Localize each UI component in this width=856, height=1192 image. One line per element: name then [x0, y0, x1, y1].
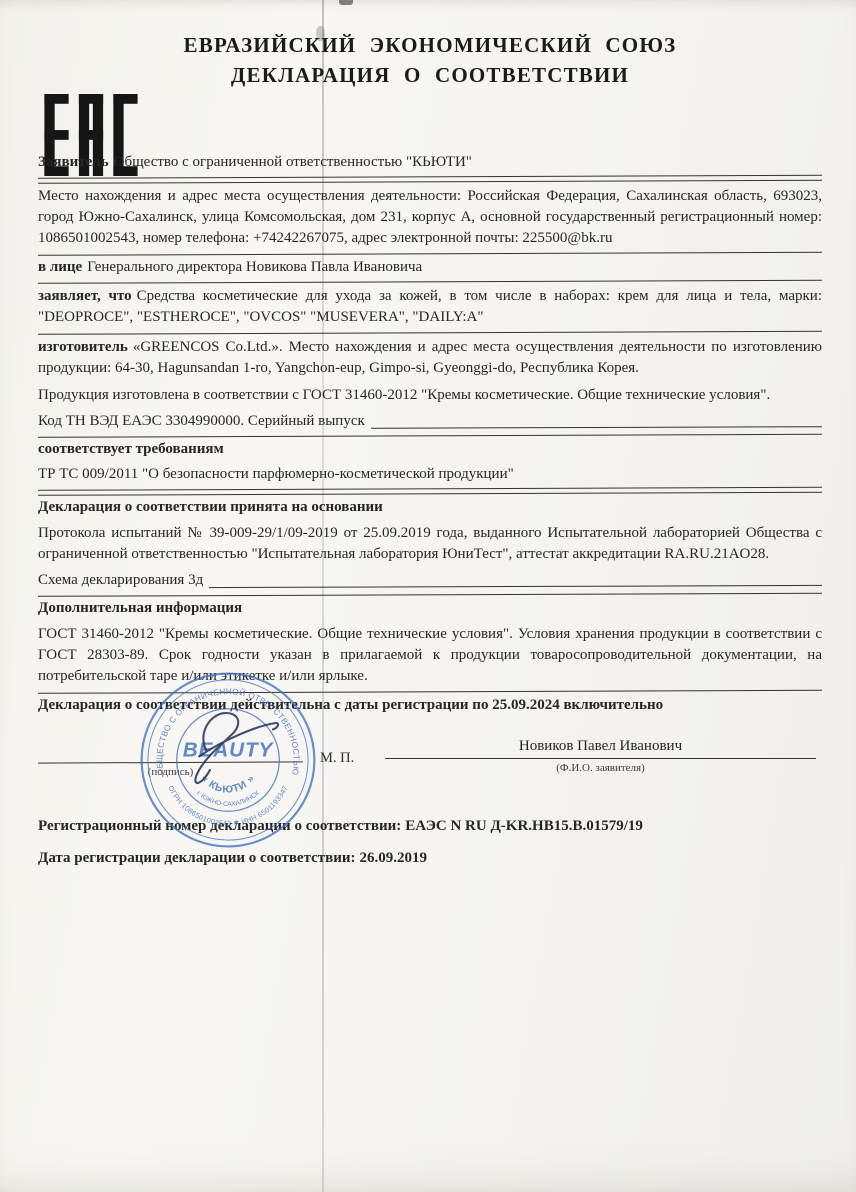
registration-date-row: Дата регистрации декларации о соответств…	[38, 848, 822, 869]
test-protocol-paragraph: Протокола испытаний № 39-009-29/1/09-201…	[38, 520, 822, 568]
applicant-name-field: Новиков Павел Иванович (Ф.И.О. заявителя…	[385, 738, 816, 774]
complies-heading: соответствует требованиям	[38, 437, 822, 462]
applicant-row: ЗаявительОбщество с ограниченной ответст…	[38, 150, 822, 175]
manufacturer-paragraph: изготовитель«GREENCOS Co.Ltd.». Место на…	[38, 334, 822, 382]
stamp-place-label: М. П.	[320, 750, 354, 767]
ruled-tail-line	[209, 585, 822, 588]
stamp-center-logo: BEAUTY	[183, 738, 275, 761]
declares-paragraph: заявляет, чтоСредства косметические для …	[38, 283, 822, 331]
company-round-stamp: ОБЩЕСТВО С ОГРАНИЧЕННОЙ ОТВЕТСТВЕННОСТЬЮ…	[138, 670, 318, 850]
manufacturer-value: «GREENCOS Co.Ltd.». Место нахождения и а…	[38, 339, 822, 376]
declaration-scheme-row: Схема декларирования 3д	[38, 568, 822, 593]
ruled-tail-line	[371, 426, 822, 429]
applicant-address-paragraph: Место нахождения и адрес места осуществл…	[38, 183, 822, 252]
document-title: ЕВРАЗИЙСКИЙ ЭКОНОМИЧЕСКИЙ СОЮЗ ДЕКЛАРАЦИ…	[38, 30, 822, 90]
production-standard-paragraph: Продукция изготовлена в соответствии с Г…	[38, 382, 822, 409]
additional-info-heading: Дополнительная информация	[38, 596, 822, 621]
manufacturer-label: изготовитель	[38, 339, 128, 355]
declares-value: Средства косметические для ухода за коже…	[38, 288, 822, 325]
in-person-label: в лице	[38, 259, 82, 275]
stamp-company-name: « КЬЮТИ »	[199, 773, 258, 795]
registration-number-value: ЕАЭС N RU Д-KR.НВ15.В.01579/19	[405, 818, 643, 834]
scanned-declaration-document: ЕВРАЗИЙСКИЙ ЭКОНОМИЧЕСКИЙ СОЮЗ ДЕКЛАРАЦИ…	[0, 0, 856, 1192]
declaration-sections: ЗаявительОбщество с ограниченной ответст…	[38, 150, 822, 869]
tnved-code-row: Код ТН ВЭД ЕАЭС 3304990000. Серийный вып…	[38, 409, 822, 434]
basis-heading: Декларация о соответствии принята на осн…	[38, 495, 822, 520]
in-person-row: в лицеГенерального директора Новикова Па…	[38, 255, 822, 280]
technical-regulation-row: ТР ТС 009/2011 "О безопасности парфюмерн…	[38, 462, 822, 487]
fullname-caption: (Ф.И.О. заявителя)	[385, 759, 816, 774]
signature-block: (подпись) М. П. Новиков Павел Иванович (…	[38, 728, 822, 812]
title-line-declaration: ДЕКЛАРАЦИЯ О СООТВЕТСТВИИ	[38, 60, 822, 90]
applicant-label: Заявитель	[38, 154, 109, 170]
applicant-value: Общество с ограниченной ответственностью…	[114, 154, 472, 170]
title-line-union: ЕВРАЗИЙСКИЙ ЭКОНОМИЧЕСКИЙ СОЮЗ	[38, 30, 822, 60]
declares-label: заявляет, что	[38, 288, 132, 304]
in-person-value: Генерального директора Новикова Павла Ив…	[87, 259, 422, 275]
document-content: ЕВРАЗИЙСКИЙ ЭКОНОМИЧЕСКИЙ СОЮЗ ДЕКЛАРАЦИ…	[38, 0, 822, 869]
tnved-code-value: Код ТН ВЭД ЕАЭС 3304990000. Серийный вып…	[38, 411, 365, 432]
registration-date-value: 26.09.2019	[360, 850, 428, 866]
declaration-scheme-value: Схема декларирования 3д	[38, 570, 203, 591]
registration-date-label: Дата регистрации декларации о соответств…	[38, 850, 356, 866]
applicant-fullname: Новиков Павел Иванович	[385, 738, 816, 759]
